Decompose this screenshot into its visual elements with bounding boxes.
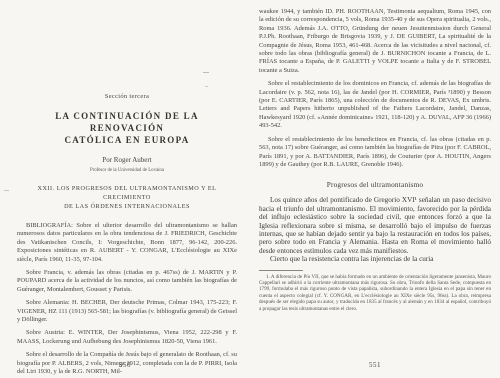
section-label: Sección tercera [17, 93, 237, 100]
author-byline: Por Roger Aubert [17, 156, 237, 164]
bibliography-paragraph-benedictines: Sobre el restablecimiento de los benedic… [259, 136, 491, 170]
chapter-title-line2: CATÓLICA EN EUROPA [17, 134, 237, 146]
body-paragraph: Los quince años del pontificado de Grego… [259, 196, 491, 255]
bibliography-paragraph-germany: Sobre Alemania: H. BECHER, Der deutsche … [17, 299, 237, 324]
page-number-right: 551 [250, 361, 500, 369]
page-551: waukee 1944, y también ID. PH. ROOTHAAN,… [250, 0, 500, 378]
bibliography-paragraph-austria: Sobre Austria: E. WINTER, Der Josephinis… [17, 329, 237, 346]
subsection-heading: Progresos del ultramontanismo [259, 180, 491, 189]
chapter-heading: XXII. LOS PROGRESOS DEL ULTRAMONTANISMO … [17, 184, 237, 211]
pencil-mark-dash [203, 72, 209, 73]
body-paragraph-partial: Cierto que la resistencia contra las inj… [259, 255, 491, 263]
chapter-title: LA CONTINUACIÓN DE LA RENOVACIÓN CATÓLIC… [17, 110, 237, 146]
page-550: Sección tercera LA CONTINUACIÓN DE LA RE… [0, 0, 250, 378]
bibliography-paragraph-france: Sobre Francia, v. además las obras (cita… [17, 269, 237, 294]
author-affiliation: Profesor de la Universidad de Lovaina [17, 168, 237, 173]
bibliography-paragraph-continuation: waukee 1944, y también ID. PH. ROOTHAAN,… [259, 8, 491, 75]
footnote-rule [259, 270, 303, 271]
book-spread: Sección tercera LA CONTINUACIÓN DE LA RE… [0, 0, 500, 378]
pencil-mark-margin [4, 190, 9, 191]
bibliography-paragraph: BIBLIOGRAFÍA: Sobre el ulterior desarrol… [17, 222, 237, 264]
chapter-heading-line1: XXII. LOS PROGRESOS DEL ULTRAMONTANISMO … [17, 184, 237, 202]
chapter-heading-line2: DE LAS ÓRDENES INTERNACIONALES [17, 202, 237, 211]
bibliography-paragraph-dominicans: Sobre el restablecimiento de los dominic… [259, 80, 491, 130]
chapter-title-line1: LA CONTINUACIÓN DE LA RENOVACIÓN [17, 110, 237, 134]
page-number-left: 550 [0, 361, 250, 369]
footnote: 1. A diferencia de Pío VII, que se había… [259, 274, 491, 312]
pencil-mark-dot [205, 86, 208, 87]
